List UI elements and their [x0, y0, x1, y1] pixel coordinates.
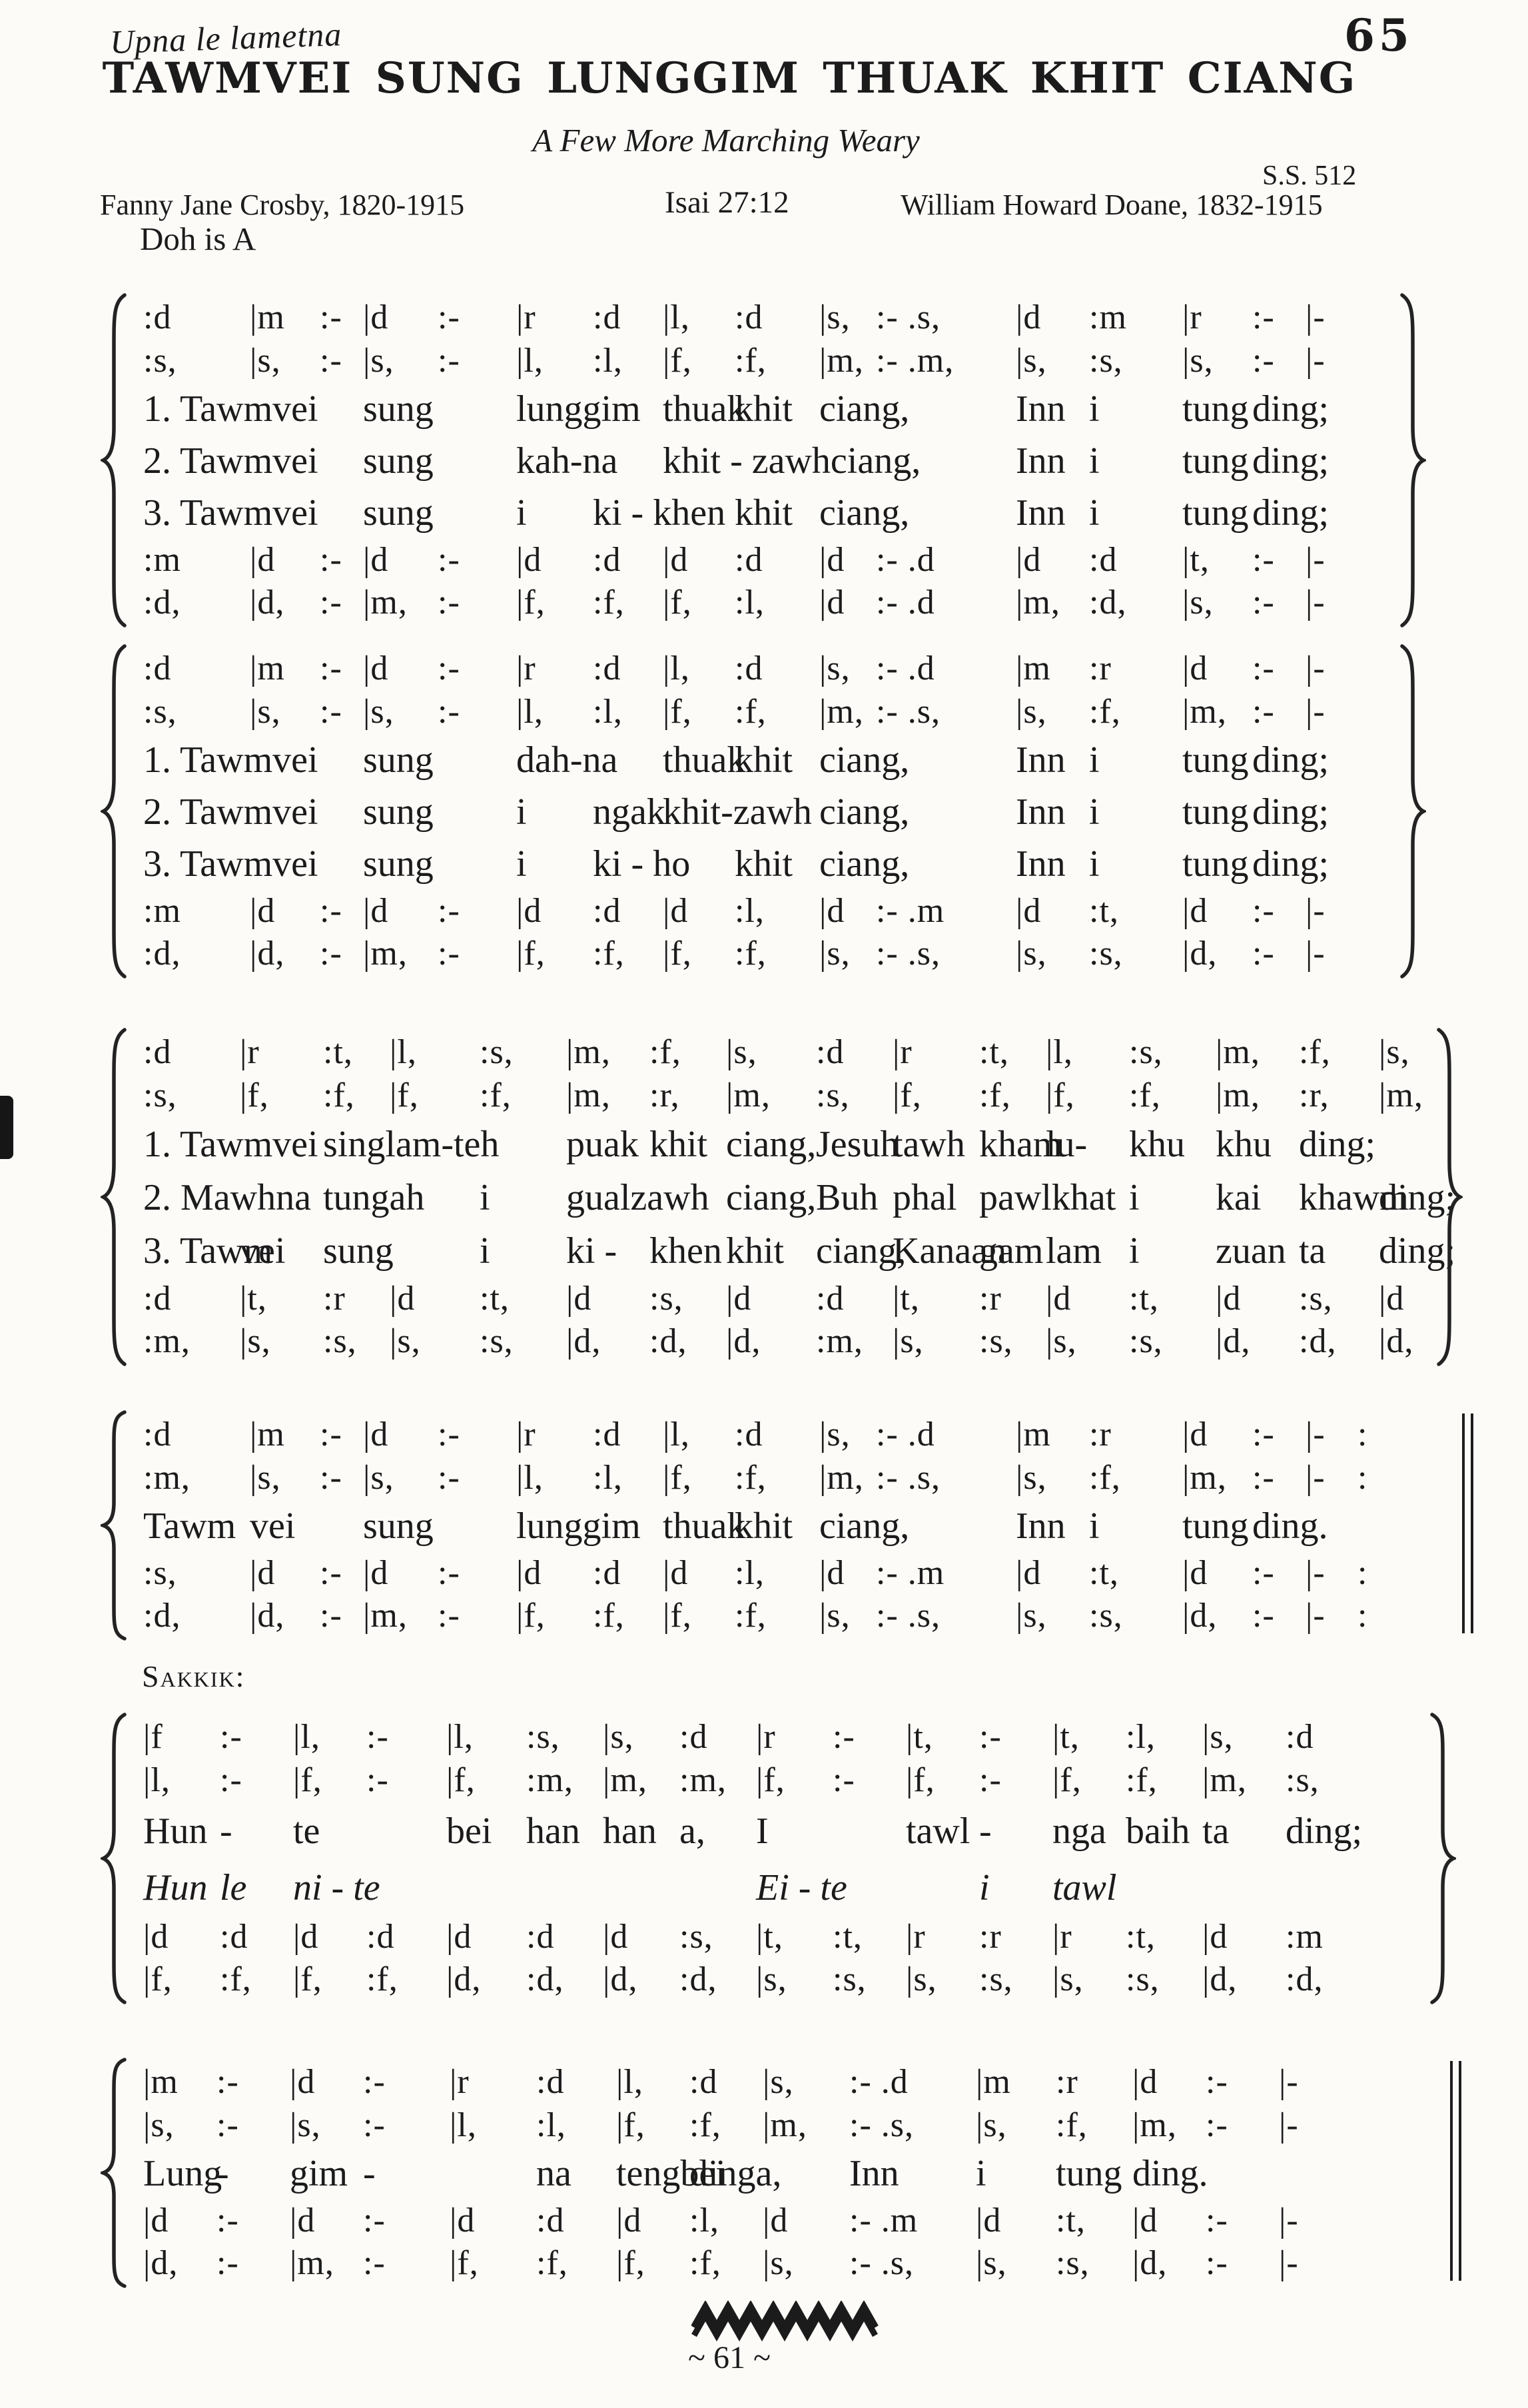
sol-fa-cell: :d,	[143, 586, 250, 620]
sol-fa-cell: |d	[1182, 651, 1252, 686]
sol-fa-cell: :f,	[979, 1078, 1046, 1113]
sol-fa-cell: |d,	[1132, 2246, 1206, 2281]
sol-fa-cell: :s,	[480, 1035, 566, 1070]
notation-row-alto: :s,|s,:-|s,:-|l,:l,|f,:f,|m,:- .m,|s,:s,…	[143, 339, 1449, 383]
sol-fa-cell: :-	[438, 695, 516, 729]
lyric-cell: te	[293, 1812, 366, 1850]
sol-fa-cell: |m	[976, 2065, 1056, 2100]
lyric-cell: ciang,	[726, 1179, 816, 1216]
sol-fa-cell: :- .d	[849, 2065, 976, 2100]
hymn-title: TAWMVEI SUNG LUNGGIM THUAK KHIT CIANG	[0, 53, 1459, 103]
notation-row-tenor: :m|d:-|d:-|d:d|d:l,|d:- .m|d:t,|d:-|-	[143, 890, 1449, 933]
sol-fa-cell: |f,	[616, 2246, 689, 2281]
notation-row-alto: :m,|s,:-|s,:-|l,:l,|f,:f,|m,:- .s,|s,:f,…	[143, 1456, 1449, 1500]
lyric-cell: ding;	[1379, 1232, 1435, 1270]
lyric-cell: -	[363, 2155, 450, 2192]
sol-fa-cell: |d	[363, 651, 438, 686]
lyric-cell: ding;	[1252, 390, 1306, 428]
lyric-cell: han	[603, 1812, 679, 1850]
notation-row-alto: :s,|f,:f,|f,:f,|m,:r,|m,:s,|f,:f,|f,:f,|…	[143, 1074, 1449, 1118]
sol-fa-cell: :f,	[735, 344, 819, 378]
lyric-cell: i	[1089, 442, 1182, 480]
lyric-row-verse-3: 3. Tawmveisungiki - hokhitciang,Innitung…	[143, 838, 1449, 890]
lyric-cell: nga	[1052, 1812, 1126, 1850]
lyric-cell: sung	[323, 1232, 390, 1270]
sol-fa-cell: :s,	[143, 344, 250, 378]
sol-fa-cell: :d	[735, 1417, 819, 1452]
sol-fa-cell: |s,	[1052, 1962, 1126, 1997]
sol-fa-cell: :- .d	[876, 586, 1016, 620]
sol-fa-cell: |m,	[819, 344, 876, 378]
sol-fa-cell: |d	[819, 894, 876, 929]
lyric-cell: Inn	[1016, 741, 1089, 779]
sol-fa-cell: |r	[516, 1417, 593, 1452]
sol-fa-cell: |m	[1016, 1417, 1089, 1452]
sol-fa-cell: |m,	[566, 1035, 649, 1070]
sol-fa-cell: :-	[220, 1763, 293, 1798]
lyric-cell: i	[480, 1179, 566, 1216]
lyric-cell: gim	[290, 2155, 363, 2192]
sol-fa-cell: |l,	[446, 1720, 526, 1755]
notation-row-bass: :m,|s,:s,|s,:s,|d,:d,|d,:m,|s,:s,|s,:s,|…	[143, 1320, 1449, 1363]
sol-fa-cell: |s,	[819, 300, 876, 335]
lyric-cell: tung	[1056, 2155, 1132, 2192]
lyric-cell: sung	[363, 494, 438, 532]
sol-fa-cell: :f,	[593, 1599, 663, 1633]
sol-fa-cell: :	[1357, 1461, 1394, 1495]
notation-row-alto: :s,|s,:-|s,:-|l,:l,|f,:f,|m,:- .s,|s,:f,…	[143, 690, 1449, 734]
sol-fa-cell: |-	[1279, 2204, 1345, 2238]
sol-fa-cell: :-	[1252, 543, 1306, 578]
sol-fa-cell: :-	[833, 1720, 906, 1755]
lyric-cell: sung	[363, 442, 438, 480]
lyric-cell: dinga,	[689, 2155, 763, 2192]
sol-fa-cell: |d	[290, 2065, 363, 2100]
lyric-cell: lunggim	[516, 390, 593, 428]
sol-fa-cell: |m	[250, 300, 320, 335]
sol-fa-cell: :-	[438, 586, 516, 620]
sol-fa-cell: :s,	[1056, 2246, 1132, 2281]
sol-fa-cell: |s,	[1379, 1035, 1435, 1070]
sol-fa-cell: :t,	[323, 1035, 390, 1070]
lyric-cell: tung	[1182, 741, 1252, 779]
sol-fa-cell: |l,	[293, 1720, 366, 1755]
lyric-cell: tungah	[323, 1179, 390, 1216]
sol-fa-cell: |f,	[663, 344, 735, 378]
lyric-cell: han	[526, 1812, 603, 1850]
lyric-cell: kai	[1216, 1179, 1299, 1216]
sol-fa-cell: :d	[220, 1920, 293, 1954]
sol-fa-cell: :r	[979, 1282, 1046, 1316]
sol-fa-cell: :d	[593, 1556, 663, 1591]
sol-fa-cell: :d	[593, 651, 663, 686]
verse-system-1: :d|m:-|d:-|r:d|l,:d|s,:- .s,|d:m|r:-|-:s…	[143, 296, 1449, 624]
sol-fa-cell: |m,	[1216, 1078, 1299, 1113]
lyric-cell: 2. Mawhna	[143, 1179, 240, 1216]
sol-fa-cell: |-	[1279, 2246, 1345, 2281]
sol-fa-cell: :d	[816, 1282, 893, 1316]
chorus-label: Sakkik:	[142, 1659, 245, 1694]
sol-fa-cell: :l,	[735, 1556, 819, 1591]
sol-fa-cell: :f,	[593, 937, 663, 971]
sol-fa-cell: :s,	[979, 1962, 1052, 1997]
sol-fa-cell: |m,	[819, 695, 876, 729]
lyric-cell: puak	[566, 1126, 649, 1163]
lyric-row-verse-1: 1. Tawmveisungdah-nathuakkhitciang,Innit…	[143, 734, 1449, 786]
lyric-cell: tengbei	[616, 2155, 689, 2192]
lyric-cell: ding;	[1252, 442, 1306, 480]
lyric-cell: ding;	[1252, 741, 1306, 779]
sol-fa-cell: :m,	[679, 1763, 756, 1798]
sol-fa-cell: |d	[1182, 1556, 1252, 1591]
lyric-cell: i	[1089, 1507, 1182, 1545]
notation-row-tenor: :s,|d:-|d:-|d:d|d:l,|d:- .m|d:t,|d:-|-:	[143, 1552, 1449, 1595]
sol-fa-cell: :t,	[480, 1282, 566, 1316]
sol-fa-cell: :d	[593, 894, 663, 929]
lyric-cell: sung	[363, 845, 438, 883]
notation-row-alto: |s,:-|s,:-|l,:l,|f,:f,|m,:- .s,|s,:f,|m,…	[143, 2104, 1449, 2148]
notation-row-bass: |f,:f,|f,:f,|d,:d,|d,:d,|s,:s,|s,:s,|s,:…	[143, 1958, 1449, 2001]
sol-fa-cell: :s,	[480, 1324, 566, 1359]
sol-fa-cell: |d	[663, 543, 735, 578]
sol-fa-cell: :d	[735, 543, 819, 578]
sol-fa-cell: |d	[1132, 2204, 1206, 2238]
sol-fa-cell: |f,	[1052, 1763, 1126, 1798]
system-brace-left-icon	[101, 1712, 131, 2005]
notation-row-soprano: |f:-|l,:-|l,:s,|s,:d|r:-|t,:-|t,:l,|s,:d	[143, 1716, 1449, 1759]
sol-fa-cell: |d	[819, 1556, 876, 1591]
lyric-cell: Inn	[1016, 1507, 1089, 1545]
lyric-cell: ding;	[1252, 845, 1306, 883]
sol-fa-cell: :s,	[679, 1920, 756, 1954]
sol-fa-cell: :d	[689, 2065, 763, 2100]
notation-row-bass: :d,|d,:-|m,:-|f,:f,|f,:f,|s,:- .s,|s,:s,…	[143, 933, 1449, 975]
sol-fa-cell: :d	[143, 651, 250, 686]
sol-fa-cell: :r,	[1299, 1078, 1379, 1113]
lyric-cell: vei	[250, 1507, 320, 1545]
sol-fa-cell: |m,	[1216, 1035, 1299, 1070]
lyric-row-verse-3: 3. Tawmveisungiki -khenkhitciang,Kanaang…	[143, 1224, 1449, 1278]
sol-fa-cell: |f,	[663, 1461, 735, 1495]
sol-fa-cell: |s,	[1016, 1461, 1089, 1495]
sol-fa-cell: |t,	[756, 1920, 833, 1954]
sol-fa-cell: :-	[363, 2204, 450, 2238]
sol-fa-cell: |d,	[566, 1324, 649, 1359]
sol-fa-cell: :-	[1252, 651, 1306, 686]
lyric-row-verse-2: 2. Mawhnatungahigualzawhciang,Buhphalpaw…	[143, 1171, 1449, 1224]
key-signature: Doh is A	[140, 220, 256, 258]
sol-fa-cell: |s,	[819, 651, 876, 686]
sol-fa-cell: |s,	[363, 1461, 438, 1495]
sol-fa-cell: :-	[1206, 2204, 1279, 2238]
lyric-cell: ki - khen	[593, 494, 663, 532]
sol-fa-cell: |s,	[390, 1324, 480, 1359]
lyric-cell: sung	[363, 741, 438, 779]
sol-fa-cell: :s,	[649, 1282, 726, 1316]
sol-fa-cell: |r	[1052, 1920, 1126, 1954]
lyric-cell: khit	[735, 390, 819, 428]
lyric-cell: Inn	[1016, 494, 1089, 532]
sol-fa-cell: :d	[735, 651, 819, 686]
system-brace-left-icon	[101, 1409, 131, 1641]
sol-fa-cell: |m,	[1132, 2108, 1206, 2143]
system-brace-right-icon	[1425, 1712, 1456, 2005]
sol-fa-cell: :t,	[1129, 1282, 1216, 1316]
sol-fa-cell: :f,	[735, 1599, 819, 1633]
sol-fa-cell: |f,	[390, 1078, 480, 1113]
sol-fa-cell: :s,	[1089, 344, 1182, 378]
lyric-cell: khit - zawhciang,	[663, 442, 735, 480]
sol-fa-cell: :-	[366, 1720, 446, 1755]
sol-fa-cell: :m,	[816, 1324, 893, 1359]
sol-fa-cell: |s,	[906, 1962, 979, 1997]
sol-fa-cell: :f,	[480, 1078, 566, 1113]
lyric-cell: tung	[1182, 1507, 1252, 1545]
sol-fa-cell: :- .m,	[876, 344, 1016, 378]
lyric-cell: khit	[735, 845, 819, 883]
sol-fa-cell: :m,	[526, 1763, 603, 1798]
notation-row-soprano: |m:-|d:-|r:d|l,:d|s,:- .d|m:r|d:-|-	[143, 2061, 1449, 2104]
lyric-cell: Inn	[849, 2155, 976, 2192]
sol-fa-cell: |r	[893, 1035, 979, 1070]
sol-fa-cell: :d	[143, 1282, 240, 1316]
sol-fa-cell: :s,	[143, 695, 250, 729]
sol-fa-cell: :-	[1252, 695, 1306, 729]
lyric-cell: Ei - te	[756, 1869, 833, 1906]
sol-fa-cell: |-	[1306, 1461, 1357, 1495]
sol-fa-cell: |f,	[663, 1599, 735, 1633]
lyric-cell: tawh	[893, 1126, 979, 1163]
notation-row-soprano: :d|m:-|d:-|r:d|l,:d|s,:- .d|m:r|d:-|-	[143, 647, 1449, 690]
sol-fa-cell: :-	[216, 2065, 290, 2100]
sol-fa-cell: |-	[1306, 1417, 1357, 1452]
sol-fa-cell: |s,	[1016, 344, 1089, 378]
sol-fa-cell: :-	[320, 695, 363, 729]
sol-fa-cell: :-	[438, 937, 516, 971]
sol-fa-cell: :s,	[1299, 1282, 1379, 1316]
notation-row-bass: |d,:-|m,:-|f,:f,|f,:f,|s,:- .s,|s,:s,|d,…	[143, 2242, 1449, 2285]
lyric-row-chorus-main: Hun-tebeihanhana,Itawl-ngabaihtading;	[143, 1803, 1449, 1860]
sol-fa-cell: |s,	[250, 1461, 320, 1495]
lyric-cell: Inn	[1016, 793, 1089, 831]
sol-fa-cell: |f,	[516, 586, 593, 620]
lyric-cell: tung	[1182, 845, 1252, 883]
sol-fa-cell: |f,	[1046, 1078, 1129, 1113]
lyric-cell: kham	[979, 1126, 1046, 1163]
sol-fa-cell: :-	[320, 894, 363, 929]
sol-fa-cell: :f,	[735, 937, 819, 971]
sol-fa-cell: |d,	[1379, 1324, 1435, 1359]
sol-fa-cell: |d	[663, 1556, 735, 1591]
lyric-cell: a,	[679, 1812, 756, 1850]
sol-fa-cell: :f,	[649, 1035, 726, 1070]
sol-fa-cell: |-	[1306, 695, 1357, 729]
sol-fa-cell: :d,	[526, 1962, 603, 1997]
lyric-cell: phal	[893, 1179, 979, 1216]
sol-fa-cell: |d,	[250, 586, 320, 620]
sol-fa-cell: :r,	[649, 1078, 726, 1113]
lyric-row-chorus: Lung-gim-natengbeidinga,Innitungding.	[143, 2148, 1449, 2200]
lyric-cell: khawm	[1299, 1179, 1379, 1216]
lyric-cell: lunggim	[516, 1507, 593, 1545]
lyric-cell: i	[1089, 793, 1182, 831]
sol-fa-cell: :l,	[593, 695, 663, 729]
lyric-cell: lam	[1046, 1232, 1129, 1270]
sol-fa-cell: |m,	[726, 1078, 816, 1113]
sol-fa-cell: :-	[320, 651, 363, 686]
sol-fa-cell: |m	[250, 651, 320, 686]
lyric-cell: ding;	[1286, 1812, 1352, 1850]
sol-fa-cell: :-	[363, 2246, 450, 2281]
sol-fa-cell: :-	[363, 2065, 450, 2100]
lyric-cell: tung	[1182, 793, 1252, 831]
sol-fa-cell: :	[1357, 1556, 1394, 1591]
sol-fa-cell: |s,	[756, 1962, 833, 1997]
sol-fa-cell: :f,	[1089, 1461, 1182, 1495]
lyric-cell: ding;	[1252, 494, 1306, 532]
sol-fa-cell: :f,	[735, 695, 819, 729]
lyric-cell: ciang,	[726, 1126, 816, 1163]
sol-fa-cell: |f,	[293, 1763, 366, 1798]
sol-fa-cell: |s,	[1016, 695, 1089, 729]
sol-fa-cell: |f,	[450, 2246, 536, 2281]
lyric-cell: khit	[735, 741, 819, 779]
sol-fa-cell: |d	[663, 894, 735, 929]
lyric-cell: 1. Tawmvei	[143, 1126, 240, 1163]
sol-fa-cell: :d,	[679, 1962, 756, 1997]
sol-fa-cell: |d	[363, 300, 438, 335]
sol-fa-cell: |d	[819, 543, 876, 578]
lyric-cell: ding;	[1299, 1126, 1379, 1163]
sol-fa-cell: |d	[1016, 894, 1089, 929]
sol-fa-cell: :s,	[323, 1324, 390, 1359]
sol-fa-cell: |f,	[756, 1763, 833, 1798]
sol-fa-cell: |d	[250, 1556, 320, 1591]
sol-fa-cell: :-	[216, 2204, 290, 2238]
lyric-cell: ta	[1202, 1812, 1286, 1850]
sol-fa-cell: |d,	[603, 1962, 679, 1997]
sol-fa-cell: |d,	[446, 1962, 526, 1997]
sol-fa-cell: |d	[446, 1920, 526, 1954]
lyric-row-verse-2: 2. Tawmveisungingakkhit-zawhciang,Innitu…	[143, 786, 1449, 838]
chorus-system: |f:-|l,:-|l,:s,|s,:d|r:-|t,:-|t,:l,|s,:d…	[143, 1716, 1449, 2001]
sol-fa-cell: |t,	[240, 1282, 323, 1316]
sol-fa-cell: |r	[906, 1920, 979, 1954]
sol-fa-cell: |d	[726, 1282, 816, 1316]
sol-fa-cell: :d	[593, 1417, 663, 1452]
sol-fa-cell: :t,	[1089, 1556, 1182, 1591]
sol-fa-cell: |r	[516, 651, 593, 686]
sol-fa-cell: :d,	[1299, 1324, 1379, 1359]
lyric-cell: -	[220, 1812, 293, 1850]
sol-fa-cell: :f,	[1299, 1035, 1379, 1070]
sol-fa-cell: |d	[363, 1556, 438, 1591]
lyric-cell: i	[1089, 845, 1182, 883]
lyric-cell: i	[516, 494, 593, 532]
sol-fa-cell: |m,	[1182, 1461, 1252, 1495]
sol-fa-cell: |l,	[516, 344, 593, 378]
sol-fa-cell: |d	[763, 2204, 849, 2238]
sol-fa-cell: |d	[290, 2204, 363, 2238]
notation-row-tenor: :d|t,:r|d:t,|d:s,|d:d|t,:r|d:t,|d:s,|d	[143, 1278, 1449, 1320]
sol-fa-cell: :s,	[1089, 937, 1182, 971]
lyric-cell: ding;	[1379, 1179, 1435, 1216]
sol-fa-cell: |d,	[250, 937, 320, 971]
sol-fa-cell: |d	[1132, 2065, 1206, 2100]
sol-fa-cell: :f,	[1089, 695, 1182, 729]
lyric-cell: khu	[1216, 1126, 1299, 1163]
sol-fa-cell: :l,	[735, 586, 819, 620]
lyric-cell: sung	[363, 793, 438, 831]
sol-fa-cell: :	[1357, 1599, 1394, 1633]
lyric-cell: baih	[1126, 1812, 1202, 1850]
sol-fa-cell: :- .s,	[876, 1599, 1016, 1633]
sol-fa-cell: :r	[323, 1282, 390, 1316]
sol-fa-cell: |-	[1279, 2065, 1345, 2100]
lyric-cell: Kanaan	[893, 1232, 979, 1270]
sol-fa-cell: |d	[976, 2204, 1056, 2238]
lyric-cell: Hun	[143, 1812, 220, 1850]
sol-fa-cell: |d	[1016, 1556, 1089, 1591]
sol-fa-cell: :s,	[1089, 1599, 1182, 1633]
sol-fa-cell: :f,	[323, 1078, 390, 1113]
sol-fa-cell: :- .d	[876, 543, 1016, 578]
sol-fa-cell: |-	[1306, 344, 1357, 378]
lyric-cell: ciang,	[819, 494, 876, 532]
sol-fa-cell: :-	[1252, 1461, 1306, 1495]
lyric-cell: na	[536, 2155, 616, 2192]
sol-fa-cell: :l,	[1126, 1720, 1202, 1755]
sol-fa-cell: :d	[816, 1035, 893, 1070]
sol-fa-cell: |d	[1016, 543, 1089, 578]
lyric-cell: ding.	[1252, 1507, 1306, 1545]
sol-fa-cell: |m,	[290, 2246, 363, 2281]
lyric-cell: dah-na	[516, 741, 593, 779]
lyric-cell: ciang,	[816, 1232, 893, 1270]
sol-fa-cell: |d	[250, 894, 320, 929]
lyric-cell: ki -	[566, 1232, 649, 1270]
lyric-cell: Hun	[143, 1869, 220, 1906]
sol-fa-cell: :-	[320, 586, 363, 620]
verse-system-2: :d|m:-|d:-|r:d|l,:d|s,:- .d|m:r|d:-|-:s,…	[143, 647, 1449, 975]
sol-fa-cell: :- .s,	[849, 2246, 976, 2281]
sol-fa-cell: :d	[536, 2204, 616, 2238]
lyric-cell: ding;	[1252, 793, 1306, 831]
sol-fa-cell: |f,	[616, 2108, 689, 2143]
sol-fa-cell: :-	[1252, 937, 1306, 971]
sol-fa-cell: :-	[320, 1556, 363, 1591]
sol-fa-cell: |s,	[976, 2246, 1056, 2281]
system-brace-right-icon	[1395, 643, 1426, 979]
hymn-page: Upna le lametna 65 TAWMVEI SUNG LUNGGIM …	[0, 0, 1528, 2408]
sol-fa-cell: :t,	[1126, 1920, 1202, 1954]
sol-fa-cell: :d	[366, 1920, 446, 1954]
sol-fa-cell: |m	[250, 1417, 320, 1452]
sol-fa-cell: :s,	[1129, 1035, 1216, 1070]
sol-fa-cell: :-	[320, 1599, 363, 1633]
lyric-cell: i	[480, 1232, 566, 1270]
chorus-system-2: |m:-|d:-|r:d|l,:d|s,:- .d|m:r|d:-|-|s,:-…	[143, 2061, 1449, 2285]
system-brace-left-icon	[101, 1027, 131, 1367]
scripture-reference: Isai 27:12	[665, 185, 789, 220]
sol-fa-cell: |d,	[1202, 1962, 1286, 1997]
lyric-cell: sung	[363, 1507, 438, 1545]
sol-fa-cell: |m,	[566, 1078, 649, 1113]
sol-fa-cell: :s,	[1129, 1324, 1216, 1359]
sol-fa-cell: :-	[363, 2108, 450, 2143]
lyric-cell: gualzawh	[566, 1179, 649, 1216]
sol-fa-cell: :-	[438, 894, 516, 929]
